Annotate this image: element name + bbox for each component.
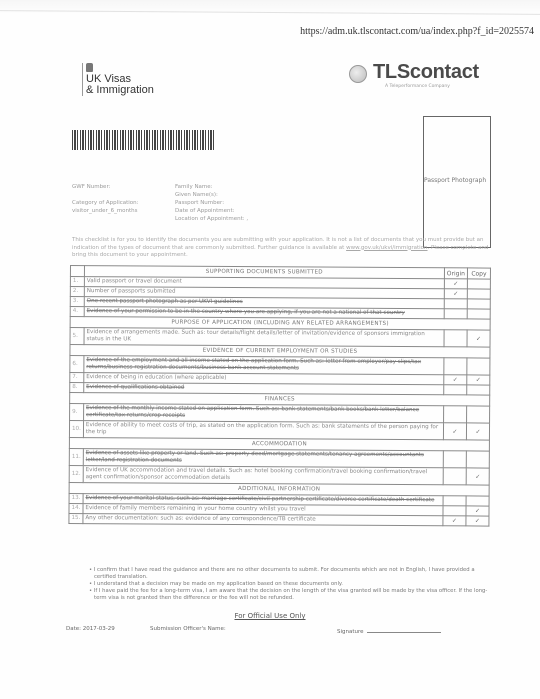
row-number: 9. (70, 404, 84, 421)
official-use-heading: For Official Use Only (0, 612, 540, 620)
copy-checkbox[interactable]: ✓ (466, 468, 489, 485)
tls-tagline: A Teleperformance Company (385, 84, 450, 89)
submission-date: Date: 2017-03-29 (66, 626, 115, 632)
tls-name: TLScontact (373, 61, 479, 84)
copy-checkbox[interactable]: ✓ (466, 516, 489, 526)
declaration-item: • If I have paid the fee for a long-term… (88, 588, 498, 602)
original-checkbox[interactable] (444, 358, 467, 375)
gwf-label: GWF Number: (72, 183, 110, 191)
appointment-location-label: Location of Appointment: , (175, 215, 248, 223)
document-description: Evidence of arrangements made. Such as: … (84, 328, 444, 347)
copy-checkbox[interactable] (467, 406, 490, 423)
original-checkbox[interactable]: ✓ (443, 516, 466, 526)
signature-line (367, 632, 441, 633)
copy-checkbox[interactable] (467, 358, 490, 375)
passport-number-label: Passport Number: (175, 199, 224, 207)
scan-edge (0, 10, 540, 15)
globe-icon (349, 65, 367, 83)
barcode (72, 130, 215, 150)
ukvi-line2: & Immigration (86, 85, 154, 96)
original-checkbox[interactable] (444, 330, 467, 347)
document-description: Evidence of the employment and all incom… (84, 356, 444, 375)
copy-checkbox[interactable]: ✓ (466, 506, 489, 516)
document-page: https://adm.uk.tlscontact.com/ua/index.p… (0, 0, 540, 699)
original-checkbox[interactable]: ✓ (443, 423, 466, 440)
document-description: Any other documentation: such as: eviden… (83, 514, 443, 526)
original-checkbox[interactable] (444, 299, 467, 309)
original-checkbox[interactable]: ✓ (444, 289, 467, 299)
row-number: 1. (70, 277, 84, 287)
copy-checkbox[interactable]: ✓ (467, 330, 490, 347)
passport-photo-label: Passport Photograph (424, 177, 486, 184)
row-number: 3. (70, 297, 84, 307)
row-number: 11. (69, 448, 83, 465)
row-number: 7. (70, 373, 84, 383)
original-checkbox[interactable]: ✓ (444, 375, 467, 385)
document-description: Evidence of the monthly income stated on… (83, 404, 443, 423)
declaration-item: • I confirm that I have read the guidanc… (88, 567, 498, 581)
signature-field: Signature (337, 629, 441, 635)
row-number: 6. (70, 356, 84, 373)
copy-column-header: Copy (467, 268, 490, 279)
num-header-cell (70, 266, 84, 277)
signature-label: Signature (337, 629, 364, 635)
row-number: 8. (70, 383, 84, 393)
copy-checkbox[interactable] (467, 299, 490, 309)
copy-checkbox[interactable]: ✓ (466, 423, 489, 440)
appointment-date-label: Date of Appointment: (175, 207, 234, 215)
row-number: 15. (69, 513, 83, 523)
passport-photo-box: Passport Photograph (423, 116, 491, 248)
original-checkbox[interactable] (444, 385, 467, 395)
row-number: 10. (69, 421, 83, 438)
ukvi-logo: UK Visas & Immigration (82, 63, 154, 96)
copy-checkbox[interactable] (466, 451, 489, 468)
row-number: 4. (70, 307, 84, 317)
row-number: 5. (70, 328, 84, 345)
original-checkbox[interactable]: ✓ (444, 279, 467, 289)
intro-paragraph: This checklist is for you to identify th… (72, 237, 492, 260)
category-label: Category of Application: (72, 199, 139, 207)
original-checkbox[interactable] (443, 506, 466, 516)
copy-checkbox[interactable]: ✓ (467, 375, 490, 385)
row-number: 2. (70, 287, 84, 297)
original-checkbox[interactable] (443, 496, 466, 506)
documents-checklist-table: SUPPORTING DOCUMENTS SUBMITTEDOriginCopy… (68, 265, 491, 527)
officer-name-label: Submission Officer's Name: (150, 626, 226, 632)
copy-checkbox[interactable] (467, 279, 490, 289)
row-number: 13. (69, 493, 83, 503)
document-description: Evidence of UK accommodation and travel … (83, 466, 443, 485)
original-checkbox[interactable] (444, 309, 467, 319)
copy-checkbox[interactable] (467, 289, 490, 299)
category-value: visitor_under_6_months (72, 207, 138, 215)
document-description: Evidence of ability to meet costs of tri… (83, 421, 443, 440)
copy-checkbox[interactable] (467, 385, 490, 395)
declaration-item: • I understand that a decision may be ma… (88, 581, 498, 588)
page-url: https://adm.uk.tlscontact.com/ua/index.p… (300, 26, 534, 37)
copy-checkbox[interactable] (467, 309, 490, 319)
checklist-row: 15.Any other documentation: such as: evi… (69, 513, 489, 526)
declaration-text: If I have paid the fee for a long-term v… (94, 588, 488, 601)
document-description: Evidence of assets like property or land… (83, 449, 443, 468)
original-column-header: Origin (444, 268, 467, 279)
original-checkbox[interactable] (443, 468, 466, 485)
royal-crest-icon (86, 63, 93, 72)
original-checkbox[interactable] (443, 406, 466, 423)
row-number: 12. (69, 465, 83, 482)
given-names-label: Given Name(s): (175, 191, 218, 199)
declarations-list: • I confirm that I have read the guidanc… (88, 567, 498, 602)
row-number: 14. (69, 503, 83, 513)
copy-checkbox[interactable] (466, 496, 489, 506)
declaration-text: I confirm that I have read the guidance … (94, 567, 475, 580)
original-checkbox[interactable] (443, 451, 466, 468)
declaration-text: I understand that a decision may be made… (94, 581, 343, 587)
guidance-link[interactable]: www.gov.uk/ukvi/immigration (346, 245, 427, 251)
family-name-label: Family Name: (175, 183, 213, 191)
